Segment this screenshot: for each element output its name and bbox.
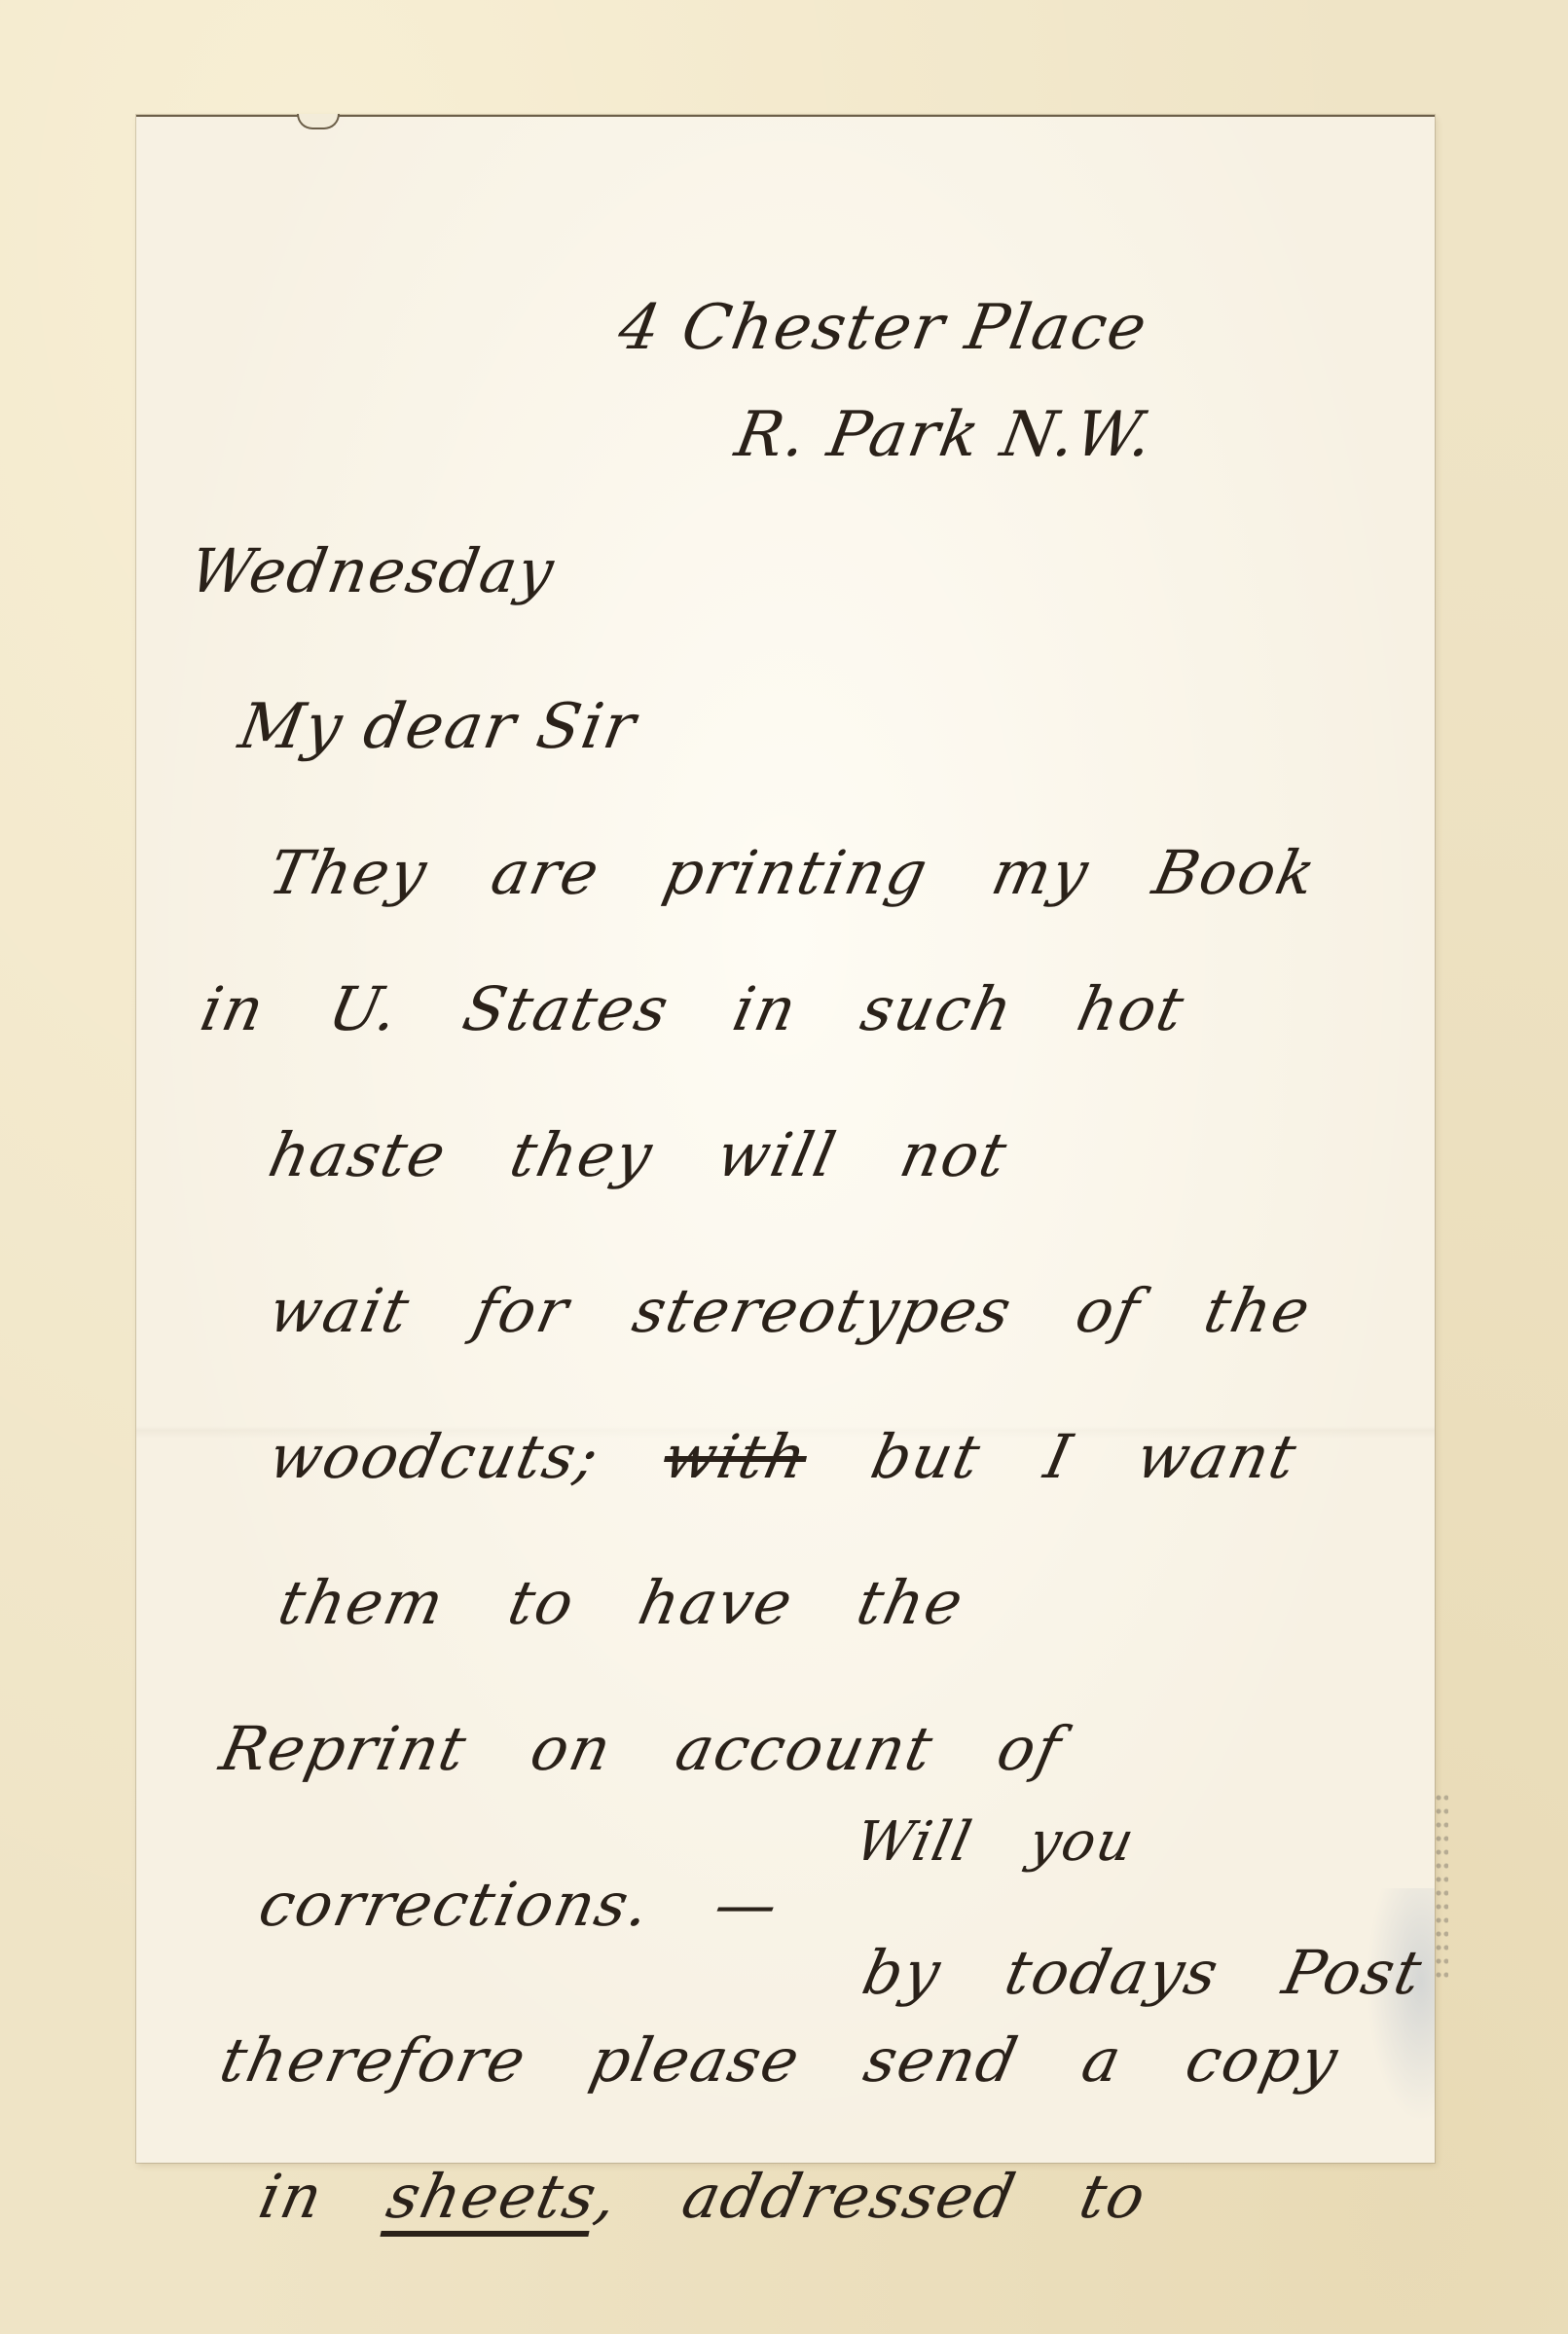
date-line: Wednesday: [185, 535, 561, 606]
paper-notch: [297, 114, 340, 129]
edge-adhesive-residue: [1435, 1791, 1448, 1986]
body-line-2: in U. States in such hot: [195, 973, 1191, 1044]
body-line-9: by todays Post: [857, 1937, 1430, 2008]
struck-out-word: with: [657, 1421, 814, 1492]
underlined-word: sheets: [381, 2161, 603, 2232]
body-line-5-end: but I want: [865, 1421, 1304, 1492]
body-line-11: in sheets, addressed to: [253, 2161, 1153, 2232]
body-line-5: woodcuts; with but I want: [263, 1421, 1304, 1492]
body-line-10: therefore please send a copy: [214, 2024, 1345, 2096]
body-line-5-start: woodcuts;: [263, 1421, 606, 1492]
body-line-1: They are printing my Book: [263, 837, 1324, 908]
body-line-11-prefix: in: [253, 2161, 330, 2232]
archival-mount: 4 Chester Place R. Park N.W. Wednesday M…: [0, 0, 1568, 2334]
address-line-2: R. Park N.W.: [730, 399, 1159, 471]
letter-sheet: 4 Chester Place R. Park N.W. Wednesday M…: [136, 115, 1435, 2163]
body-line-3: haste they will not: [263, 1119, 1014, 1190]
body-line-4: wait for stereotypes of the: [263, 1275, 1318, 1346]
body-line-6: them to have the: [273, 1567, 970, 1638]
address-line-1: 4 Chester Place: [613, 292, 1153, 364]
body-line-7: Reprint on account of: [214, 1713, 1069, 1784]
salutation: My dear Sir: [234, 691, 642, 763]
body-line-8: corrections. —: [253, 1869, 786, 1940]
interlinear-insert: Will you: [850, 1810, 1141, 1874]
body-line-11-suffix: , addressed to: [589, 2161, 1153, 2232]
